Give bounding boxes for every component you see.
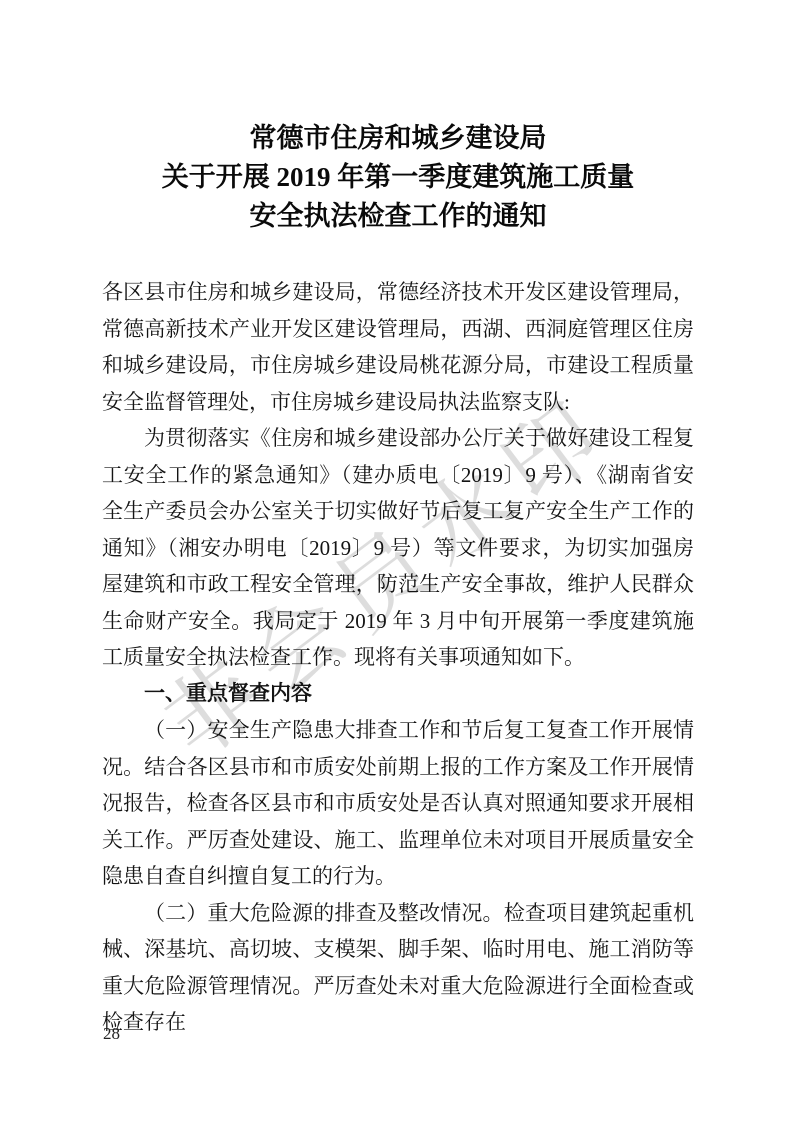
- notice-document: 常德市住房和城乡建设局 关于开展 2019 年第一季度建筑施工质量 安全执法检查…: [102, 119, 694, 1041]
- item-1-paragraph: （一）安全生产隐患大排查工作和节后复工复查工作开展情况。结合各区县市和市质安处前…: [102, 712, 694, 895]
- title-line-1: 常德市住房和城乡建设局: [102, 119, 694, 158]
- title-line-2: 关于开展 2019 年第一季度建筑施工质量: [102, 158, 694, 197]
- page-number: 28: [103, 1024, 120, 1044]
- title-line-3: 安全执法检查工作的通知: [102, 197, 694, 236]
- document-title: 常德市住房和城乡建设局 关于开展 2019 年第一季度建筑施工质量 安全执法检查…: [102, 119, 694, 236]
- intro-paragraph: 为贯彻落实《住房和城乡建设部办公厅关于做好建设工程复工安全工作的紧急通知》（建办…: [102, 420, 694, 676]
- document-page: 非会员水印 常德市住房和城乡建设局 关于开展 2019 年第一季度建筑施工质量 …: [0, 0, 793, 1122]
- item-2-paragraph: （二）重大危险源的排查及整改情况。检查项目建筑起重机械、深基坑、高切坡、支模架、…: [102, 895, 694, 1041]
- recipients-paragraph: 各区县市住房和城乡建设局，常德经济技术开发区建设管理局，常德高新技术产业开发区建…: [102, 274, 694, 420]
- document-body: 各区县市住房和城乡建设局，常德经济技术开发区建设管理局，常德高新技术产业开发区建…: [102, 274, 694, 1041]
- section-heading: 一、重点督查内容: [102, 676, 694, 713]
